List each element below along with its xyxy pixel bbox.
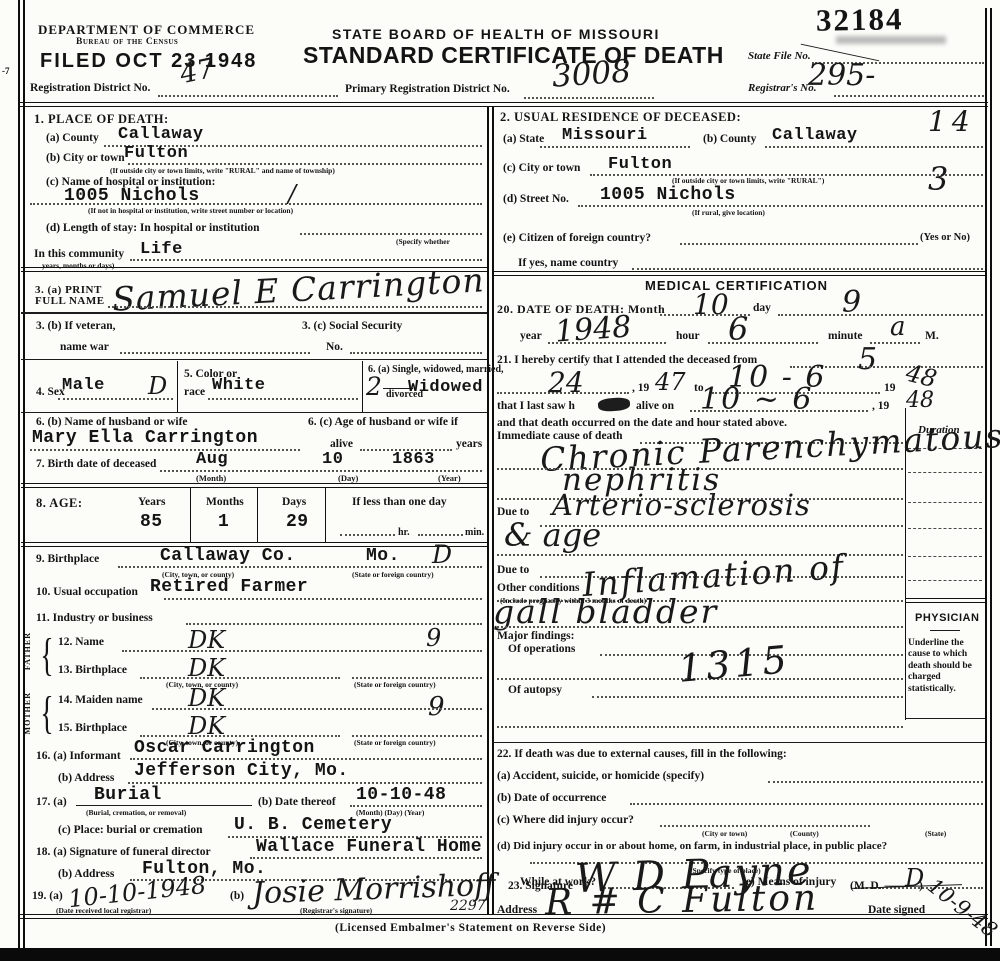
mother-brace: { (40, 686, 53, 739)
marital-label1: 6. (a) Single, widowed, married, (368, 364, 504, 375)
age-years-value: 85 (140, 512, 163, 532)
spouse-line (30, 449, 300, 451)
funeral-director-value: Wallace Funeral Home (256, 837, 482, 857)
registrar-date-note: (Date received local registrar) (56, 906, 151, 915)
primary-district-label: Primary Registration District No. (345, 83, 510, 95)
industry-label: 11. Industry or business (36, 612, 153, 624)
occupation-label: 10. Usual occupation (36, 586, 138, 598)
death-occurred-line: and that death occurred on the date and … (497, 417, 787, 429)
disposition-place-label: (c) Place: burial or cremation (58, 824, 203, 836)
birthplace-label: 9. Birthplace (36, 553, 99, 565)
mother-name-label: 14. Maiden name (58, 694, 143, 706)
mother-birthplace-state-note: (State or foreign country) (354, 738, 436, 747)
pod-hospital-line (30, 203, 482, 205)
duration-dash-5 (908, 556, 982, 557)
res-street-label: (d) Street No. (503, 193, 569, 205)
last-saw-label: that I last saw h (497, 400, 575, 412)
color-value: White (212, 376, 266, 395)
state-board-title: STATE BOARD OF HEALTH OF MISSOURI (332, 26, 660, 42)
external-top-rule (492, 742, 985, 743)
sex-label: 4. Sex (36, 386, 65, 398)
sex-color-divider (177, 361, 178, 412)
res-county-label: (b) County (703, 133, 756, 145)
mother-name-line (152, 708, 482, 710)
primary-district-line (524, 97, 654, 99)
external-d-label: (d) Did injury occur in or about home, o… (497, 840, 887, 852)
primary-district-handwritten: 3008 (551, 53, 632, 94)
res-county-value: Callaway (772, 126, 858, 145)
pod-county-label: (a) County (46, 132, 99, 144)
disposition-place-value: U. B. Cemetery (234, 815, 392, 835)
res-state-value: Missouri (562, 126, 648, 145)
external-c-label: (c) Where did injury occur? (497, 814, 634, 826)
stamp-smudge (836, 36, 946, 44)
dod-day-label: day (753, 302, 771, 314)
residence-title: 2. USUAL RESIDENCE OF DECEASED: (500, 110, 741, 125)
age-years-header: Years (138, 496, 165, 508)
certificate-title: STANDARD CERTIFICATE OF DEATH (303, 42, 724, 69)
ssn-no-label: No. (326, 341, 343, 353)
birth-day-note: (Day) (338, 473, 358, 483)
ssn-label: 3. (c) Social Security (302, 320, 402, 332)
sex-code-handwritten: D (148, 372, 167, 400)
pod-community-line (130, 259, 482, 261)
medical-certification-title: MEDICAL CERTIFICATION (645, 278, 828, 293)
birth-day-value: 10 (322, 450, 343, 469)
external-c-fill (660, 825, 870, 827)
pod-city-note: (If outside city or town limits, write "… (110, 166, 335, 175)
father-side-label: FATHER (23, 632, 32, 670)
due1-handwritten-b: & age (504, 516, 601, 554)
attend-from-month-handwritten: 5 (858, 342, 877, 377)
pod-county-value: Callaway (118, 125, 204, 144)
father-birthplace-state-note: (State or foreign country) (354, 680, 436, 689)
birthplace-state-note: (State or foreign country) (352, 570, 434, 579)
birthplace-city-value: Callaway Co. (160, 546, 296, 566)
left-border-rule (18, 0, 25, 948)
margin-mark: -7 (2, 66, 10, 76)
external-b-label: (b) Date of occurrence (497, 792, 606, 804)
mother-side-label: MOTHER (23, 692, 32, 734)
age-min-label: min. (465, 527, 484, 538)
res-city-value: Fulton (608, 155, 672, 174)
birth-bottom-rule (21, 483, 487, 488)
res-code2-handwritten: 3 (928, 160, 948, 198)
father-brace: { (40, 628, 53, 681)
autopsy-fill-2 (497, 726, 903, 728)
major-findings-label: Major findings: (497, 630, 574, 642)
pod-city-value: Fulton (124, 144, 188, 163)
dod-minute-label: minute (828, 330, 863, 342)
section2-bottom-rule (492, 271, 985, 276)
spouse-age-label1: 6. (c) Age of husband or wife if (308, 416, 458, 428)
external-c-note-state: (State) (925, 829, 946, 838)
attend-19b-label: 19 (884, 382, 896, 394)
embalmer-footer-note: (Licensed Embalmer's Statement on Revers… (335, 922, 606, 934)
duration-dash-2 (908, 472, 982, 473)
state-file-label: State File No. (748, 50, 811, 62)
birth-year-value: 1863 (392, 450, 435, 469)
full-name-line (108, 306, 482, 308)
dept-commerce-line: DEPARTMENT OF COMMERCE (38, 22, 255, 38)
duration-dash-4 (908, 528, 982, 529)
physician-address-handwritten: R # C Fulton (545, 878, 820, 924)
physician-title: PHYSICIAN (915, 612, 979, 624)
res-city-label: (c) City or town (503, 162, 580, 174)
res-state-label: (a) State (503, 133, 544, 145)
mother-birthplace-line2 (352, 735, 482, 737)
pod-stay-note: (Specify whether (396, 237, 450, 246)
birth-date-label: 7. Birth date of deceased (36, 458, 156, 470)
res-citizen-line (680, 243, 918, 245)
dod-hour-label: hour (676, 330, 700, 342)
duration-dash-6 (908, 580, 982, 581)
attend-from-day-handwritten: 24 (548, 366, 584, 399)
informant-name-value: Oscar Carrington (134, 738, 315, 758)
saw-19c-label: , 19 (872, 400, 889, 412)
dod-m-label: M. (925, 330, 939, 342)
dod-year-line (548, 342, 666, 344)
external-a-label: (a) Accident, suicide, or homicide (spec… (497, 770, 704, 782)
of-autopsy-label: Of autopsy (508, 684, 562, 696)
informant-label: 16. (a) Informant (36, 750, 121, 762)
birth-year-note: (Year) (438, 473, 461, 483)
physician-address-label: Address (497, 904, 537, 916)
right-border-rule (985, 8, 992, 946)
external-title: 22. If death was due to external causes,… (497, 748, 787, 760)
birthplace-code-handwritten: D (432, 540, 452, 569)
registrar-b-label: (b) (230, 890, 244, 902)
dod-day-line (778, 314, 983, 316)
last-saw-fill (690, 410, 868, 412)
age-months-header: Months (206, 496, 244, 508)
color-line (208, 398, 358, 400)
due-to-2-label: Due to (497, 564, 529, 576)
veteran-label: 3. (b) If veteran, (36, 320, 116, 332)
name-bottom-rule (21, 312, 487, 314)
color-label2: race (184, 386, 205, 398)
disposition-type-note: (Burial, cremation, or removal) (86, 808, 186, 817)
dod-year-label: year (520, 330, 542, 342)
registrar-no-label: Registrar's No. (748, 82, 816, 94)
mother-birthplace-line1 (140, 735, 340, 737)
disposition-type-value: Burial (94, 785, 162, 805)
scan-black-bar (0, 948, 1000, 961)
registration-district-label: Registration District No. (30, 82, 150, 94)
bureau-census-line: Bureau of the Census (76, 37, 178, 47)
informant-address-value: Jefferson City, Mo. (134, 761, 349, 781)
color-marital-divider (362, 361, 363, 412)
external-c-note-city: (City or town) (702, 829, 747, 838)
marital-code-handwritten: 2 (366, 372, 382, 401)
dod-ampm-handwritten: a (890, 312, 906, 342)
disposition-type-line (76, 805, 252, 806)
father-code-handwritten: 9 (426, 624, 441, 652)
external-b-fill (630, 803, 983, 805)
spouse-age-unit: years (456, 438, 482, 450)
pod-hospital-note: (If not in hospital or institution, writ… (88, 206, 293, 215)
occupation-value: Retired Farmer (150, 577, 308, 597)
age-divider-2 (257, 488, 258, 542)
attend-from-year-handwritten: 47 (655, 368, 686, 396)
informant-address-label: (b) Address (58, 772, 114, 784)
res-city-note: (If outside city or town limits, write "… (672, 176, 824, 185)
vitals-bottom-rule (21, 412, 487, 413)
attend-19a-label: , 19 (632, 382, 649, 394)
external-a-fill (768, 781, 983, 783)
disposition-date-line (350, 805, 482, 807)
autopsy-handwritten-mark: 1315 (676, 637, 792, 691)
disposition-date-label: (b) Date thereof (258, 796, 336, 808)
age-months-value: 1 (218, 512, 229, 532)
pod-stay-label: (d) Length of stay: In hospital or insti… (46, 222, 260, 234)
date-signed-label: Date signed (868, 904, 925, 916)
registrar-no-line (834, 95, 984, 97)
res-county-line (765, 146, 983, 148)
dod-month-handwritten: 10 (693, 288, 729, 321)
saw-year-handwritten: 48 (906, 388, 934, 413)
sex-value: Male (62, 376, 105, 395)
dod-minute-line (870, 342, 920, 344)
of-operations-label: Of operations (508, 643, 575, 655)
registration-district-handwritten: 47 (177, 53, 217, 90)
pod-community-label: In this community (34, 248, 124, 260)
file-number-stamp: 32184 (816, 1, 904, 39)
attended-line1: 21. I hereby certify that I attended the… (497, 354, 757, 366)
spouse-age-label2: alive (330, 438, 353, 450)
res-street-value: 1005 Nichols (600, 185, 736, 205)
dod-hour-line (708, 342, 818, 344)
funeral-address-label: (b) Address (58, 868, 114, 880)
age-hr-label: hr. (398, 527, 410, 538)
filed-date-stamp: FILED OCT 23 1948 (40, 50, 257, 73)
res-street-note: (If rural, give location) (692, 208, 765, 217)
ink-blot (598, 397, 631, 412)
disposition-label: 17. (a) (36, 796, 67, 808)
age-label: 8. AGE: (36, 496, 83, 511)
veteran-line (120, 352, 310, 354)
physician-box-top-rule (905, 598, 985, 603)
birthplace-line (118, 566, 482, 568)
duration-dash-3 (908, 502, 982, 503)
spouse-label: 6. (b) Name of husband or wife (36, 416, 188, 428)
registration-district-line (158, 95, 338, 97)
pod-city-label: (b) City or town (46, 152, 125, 164)
veteran-war-label: name war (60, 341, 109, 353)
mother-birthplace-label: 15. Birthplace (58, 722, 127, 734)
father-birthplace-label: 13. Birthplace (58, 664, 127, 676)
header-divider-rule (18, 102, 988, 107)
father-name-line (122, 650, 482, 652)
birth-month-note: (Month) (196, 473, 226, 483)
center-divider-rule (487, 107, 494, 915)
marital-value: Widowed (408, 378, 483, 397)
father-birthplace-line2 (352, 677, 482, 679)
res-state-line (540, 146, 690, 148)
res-citizen-label: (e) Citizen of foreign country? (503, 232, 651, 244)
age-min-line (418, 534, 463, 536)
print-name-label2: FULL NAME (35, 295, 105, 307)
res-street-line (578, 205, 983, 207)
age-divider-1 (190, 488, 191, 542)
funeral-director-line (250, 857, 482, 859)
res-citizen-note: (Yes or No) (920, 232, 970, 243)
disposition-date-value: 10-10-48 (356, 785, 446, 805)
sex-line (58, 398, 173, 400)
registrar-no-handwritten: 295- (808, 58, 875, 93)
age-hr-line (340, 534, 395, 536)
death-certificate-page: -7 DEPARTMENT OF COMMERCE Bureau of the … (0, 0, 1000, 961)
autopsy-fill (592, 696, 903, 698)
birth-month-value: Aug (196, 450, 228, 469)
father-birthplace-line1 (140, 677, 340, 679)
funeral-director-label: 18. (a) Signature of funeral director (36, 846, 211, 858)
physician-box-bottom-rule (905, 718, 985, 719)
veteran-bottom-rule (21, 359, 487, 360)
external-c-note-county: (County) (790, 829, 819, 838)
age-divider-3 (325, 488, 326, 542)
res-code1-handwritten: 14 (928, 105, 976, 138)
birthplace-state-value: Mo. (366, 546, 400, 566)
age-less-header: If less than one day (352, 496, 447, 508)
occupation-line (164, 598, 482, 600)
other-fill (497, 626, 903, 628)
physician-note: Underline the cause to which death shoul… (908, 638, 984, 695)
pod-community-value: Life (140, 240, 183, 259)
physician-title-underline (930, 630, 960, 631)
birth-date-line (160, 470, 482, 472)
ssn-line (350, 352, 482, 354)
age-days-header: Days (282, 496, 306, 508)
informant-name-line (130, 758, 482, 760)
alive-on-label: alive on (636, 400, 674, 412)
mother-code-handwritten: 9 (428, 692, 445, 722)
informant-address-line (128, 782, 482, 784)
registrar-a-label: 19. (a) (32, 890, 63, 902)
res-country-label: If yes, name country (518, 257, 618, 269)
father-name-label: 12. Name (58, 636, 104, 648)
res-country-line (632, 268, 983, 270)
spouse-value: Mary Ella Carrington (32, 428, 258, 448)
age-days-value: 29 (286, 512, 309, 532)
pod-stay-line (300, 233, 482, 235)
pod-city-line (128, 163, 482, 165)
